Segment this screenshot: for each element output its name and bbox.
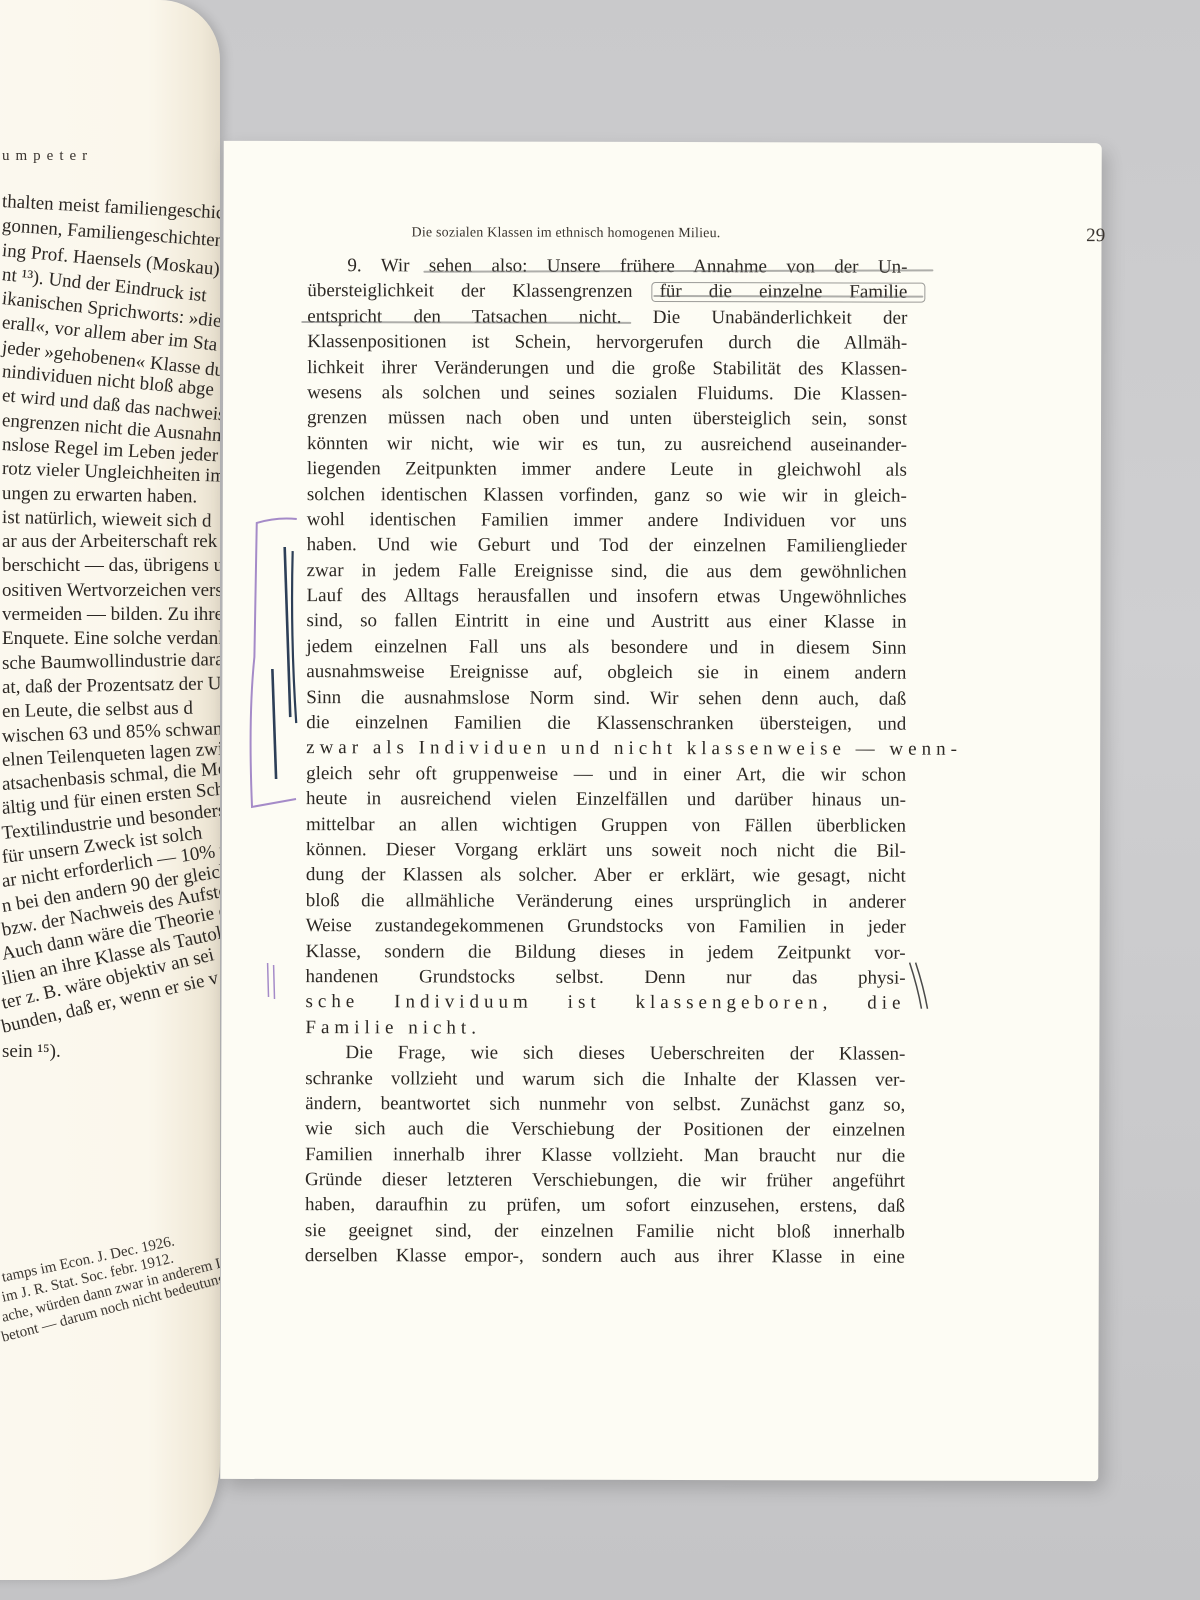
- text-line: könnten wir nicht, wie wir es tun, zu au…: [307, 431, 907, 458]
- left-page-text: thalten meist familiengeschicht- gonnen,…: [2, 190, 220, 1065]
- text-line: handenen Grundstocks selbst. Denn nur da…: [306, 964, 906, 991]
- text-line: die einzelnen Familien die Klassenschran…: [306, 710, 906, 737]
- text-line: ändern, beantwortet sich nunmehr von sel…: [305, 1091, 905, 1118]
- margin-double-line-mark: [905, 961, 929, 1011]
- text-line: können. Dieser Vorgang erklärt uns sowei…: [306, 837, 906, 864]
- left-page: umpeter thalten meist familiengeschicht-…: [0, 0, 220, 1580]
- left-line: sche Baumwollindustrie daraufhi: [2, 647, 220, 676]
- margin-bracket-mark: [246, 517, 307, 817]
- left-line: sein ¹⁵).: [2, 1040, 220, 1064]
- page-number: 29: [1086, 225, 1105, 247]
- text-line: bloß die allmähliche Veränderung eines u…: [306, 888, 906, 915]
- text-line: liegenden Zeitpunkten immer andere Leute…: [307, 456, 907, 483]
- left-line: ositiven Wertvorzeichen versehe: [2, 579, 220, 603]
- text-line: zwar als Individuen und nicht klassenwei…: [306, 735, 906, 762]
- text-line: Sinn die ausnahmslose Norm sind. Wir seh…: [306, 685, 906, 712]
- left-line: berschicht — das, übrigens un-: [2, 554, 220, 578]
- text-line: zwar in jedem Falle Ereignisse sind, die…: [307, 558, 907, 585]
- text-line: wohl identischen Familien immer andere I…: [307, 507, 907, 534]
- text-line: sie geeignet sind, der einzelnen Familie…: [305, 1218, 905, 1245]
- text-line: Die Frage, wie sich dieses Ueberschreite…: [305, 1040, 905, 1067]
- text-line: Gründe dieser letzteren Verschiebungen, …: [305, 1167, 905, 1194]
- text-line: mittelbar an allen wichtigen Gruppen von…: [306, 812, 906, 839]
- text-line: derselben Klasse empor-, sondern auch au…: [305, 1243, 905, 1270]
- text-line: Lauf des Alltags herausfallen und insofe…: [307, 583, 907, 610]
- text-line: Klassenpositionen ist Schein, hervorgeru…: [307, 329, 907, 356]
- text-line: Familien innerhalb ihrer Klasse vollzieh…: [305, 1142, 905, 1169]
- running-head: Die sozialen Klassen im ethnisch homogen…: [412, 225, 1106, 227]
- text-line: heute in ausreichend vielen Einzelfällen…: [306, 786, 906, 813]
- text-line: wesens als solchen und seines sozialen F…: [307, 380, 907, 407]
- text-line: jedem einzelnen Fall uns als besondere u…: [306, 634, 906, 661]
- text-line: grenzen müssen nach oben und unten übers…: [307, 405, 907, 432]
- text-line: haben, daraufhin zu prüfen, um sofort ei…: [305, 1193, 905, 1220]
- text-line: sche Individuum ist klassengeboren, die: [305, 989, 905, 1016]
- left-line: ar aus der Arbeiterschaft rek: [2, 530, 220, 554]
- text-line: Weise zustandegekommenen Grundstocks von…: [306, 913, 906, 940]
- chapter-title: Die sozialen Klassen im ethnisch homogen…: [411, 225, 720, 242]
- margin-double-line-mark: [264, 961, 280, 1001]
- text-line: gleich sehr oft gruppenweise — und in ei…: [306, 761, 906, 788]
- text-line: dung der Klassen als solcher. Aber er er…: [306, 862, 906, 889]
- text-line: Familie nicht.: [305, 1015, 905, 1042]
- left-line: vermeiden — bilden. Zu ihrer Be: [2, 603, 220, 627]
- text-line: Klasse, sondern die Bildung dieses in je…: [306, 939, 906, 966]
- pencil-box-annotation: [651, 282, 925, 303]
- body-text: 9. Wir sehen also: Unsere frühere Annahm…: [305, 253, 908, 1270]
- text-line: ausnahmsweise Ereignisse auf, obgleich s…: [306, 659, 906, 686]
- right-page: Die sozialen Klassen im ethnisch homogen…: [220, 141, 1101, 1481]
- left-footnotes: tamps im Econ. J. Dec. 1926. im J. R. St…: [2, 1268, 220, 1348]
- left-running-head: umpeter: [2, 148, 93, 165]
- text-line: entspricht den Tatsachen nicht. Die Unab…: [307, 304, 907, 331]
- text-line: lichkeit ihrer Veränderungen und die gro…: [307, 355, 907, 382]
- text-line: sind, so fallen Eintritt in eine und Aus…: [306, 609, 906, 636]
- text-line: haben. Und wie Geburt und Tod der einzel…: [307, 532, 907, 559]
- text-line: 9. Wir sehen also: Unsere frühere Annahm…: [307, 253, 907, 280]
- text-line: wie sich auch die Verschiebung der Posit…: [305, 1116, 905, 1143]
- text-line: solchen identischen Klassen vorfinden, g…: [307, 482, 907, 509]
- text-line: schranke vollzieht und warum sich die In…: [305, 1066, 905, 1093]
